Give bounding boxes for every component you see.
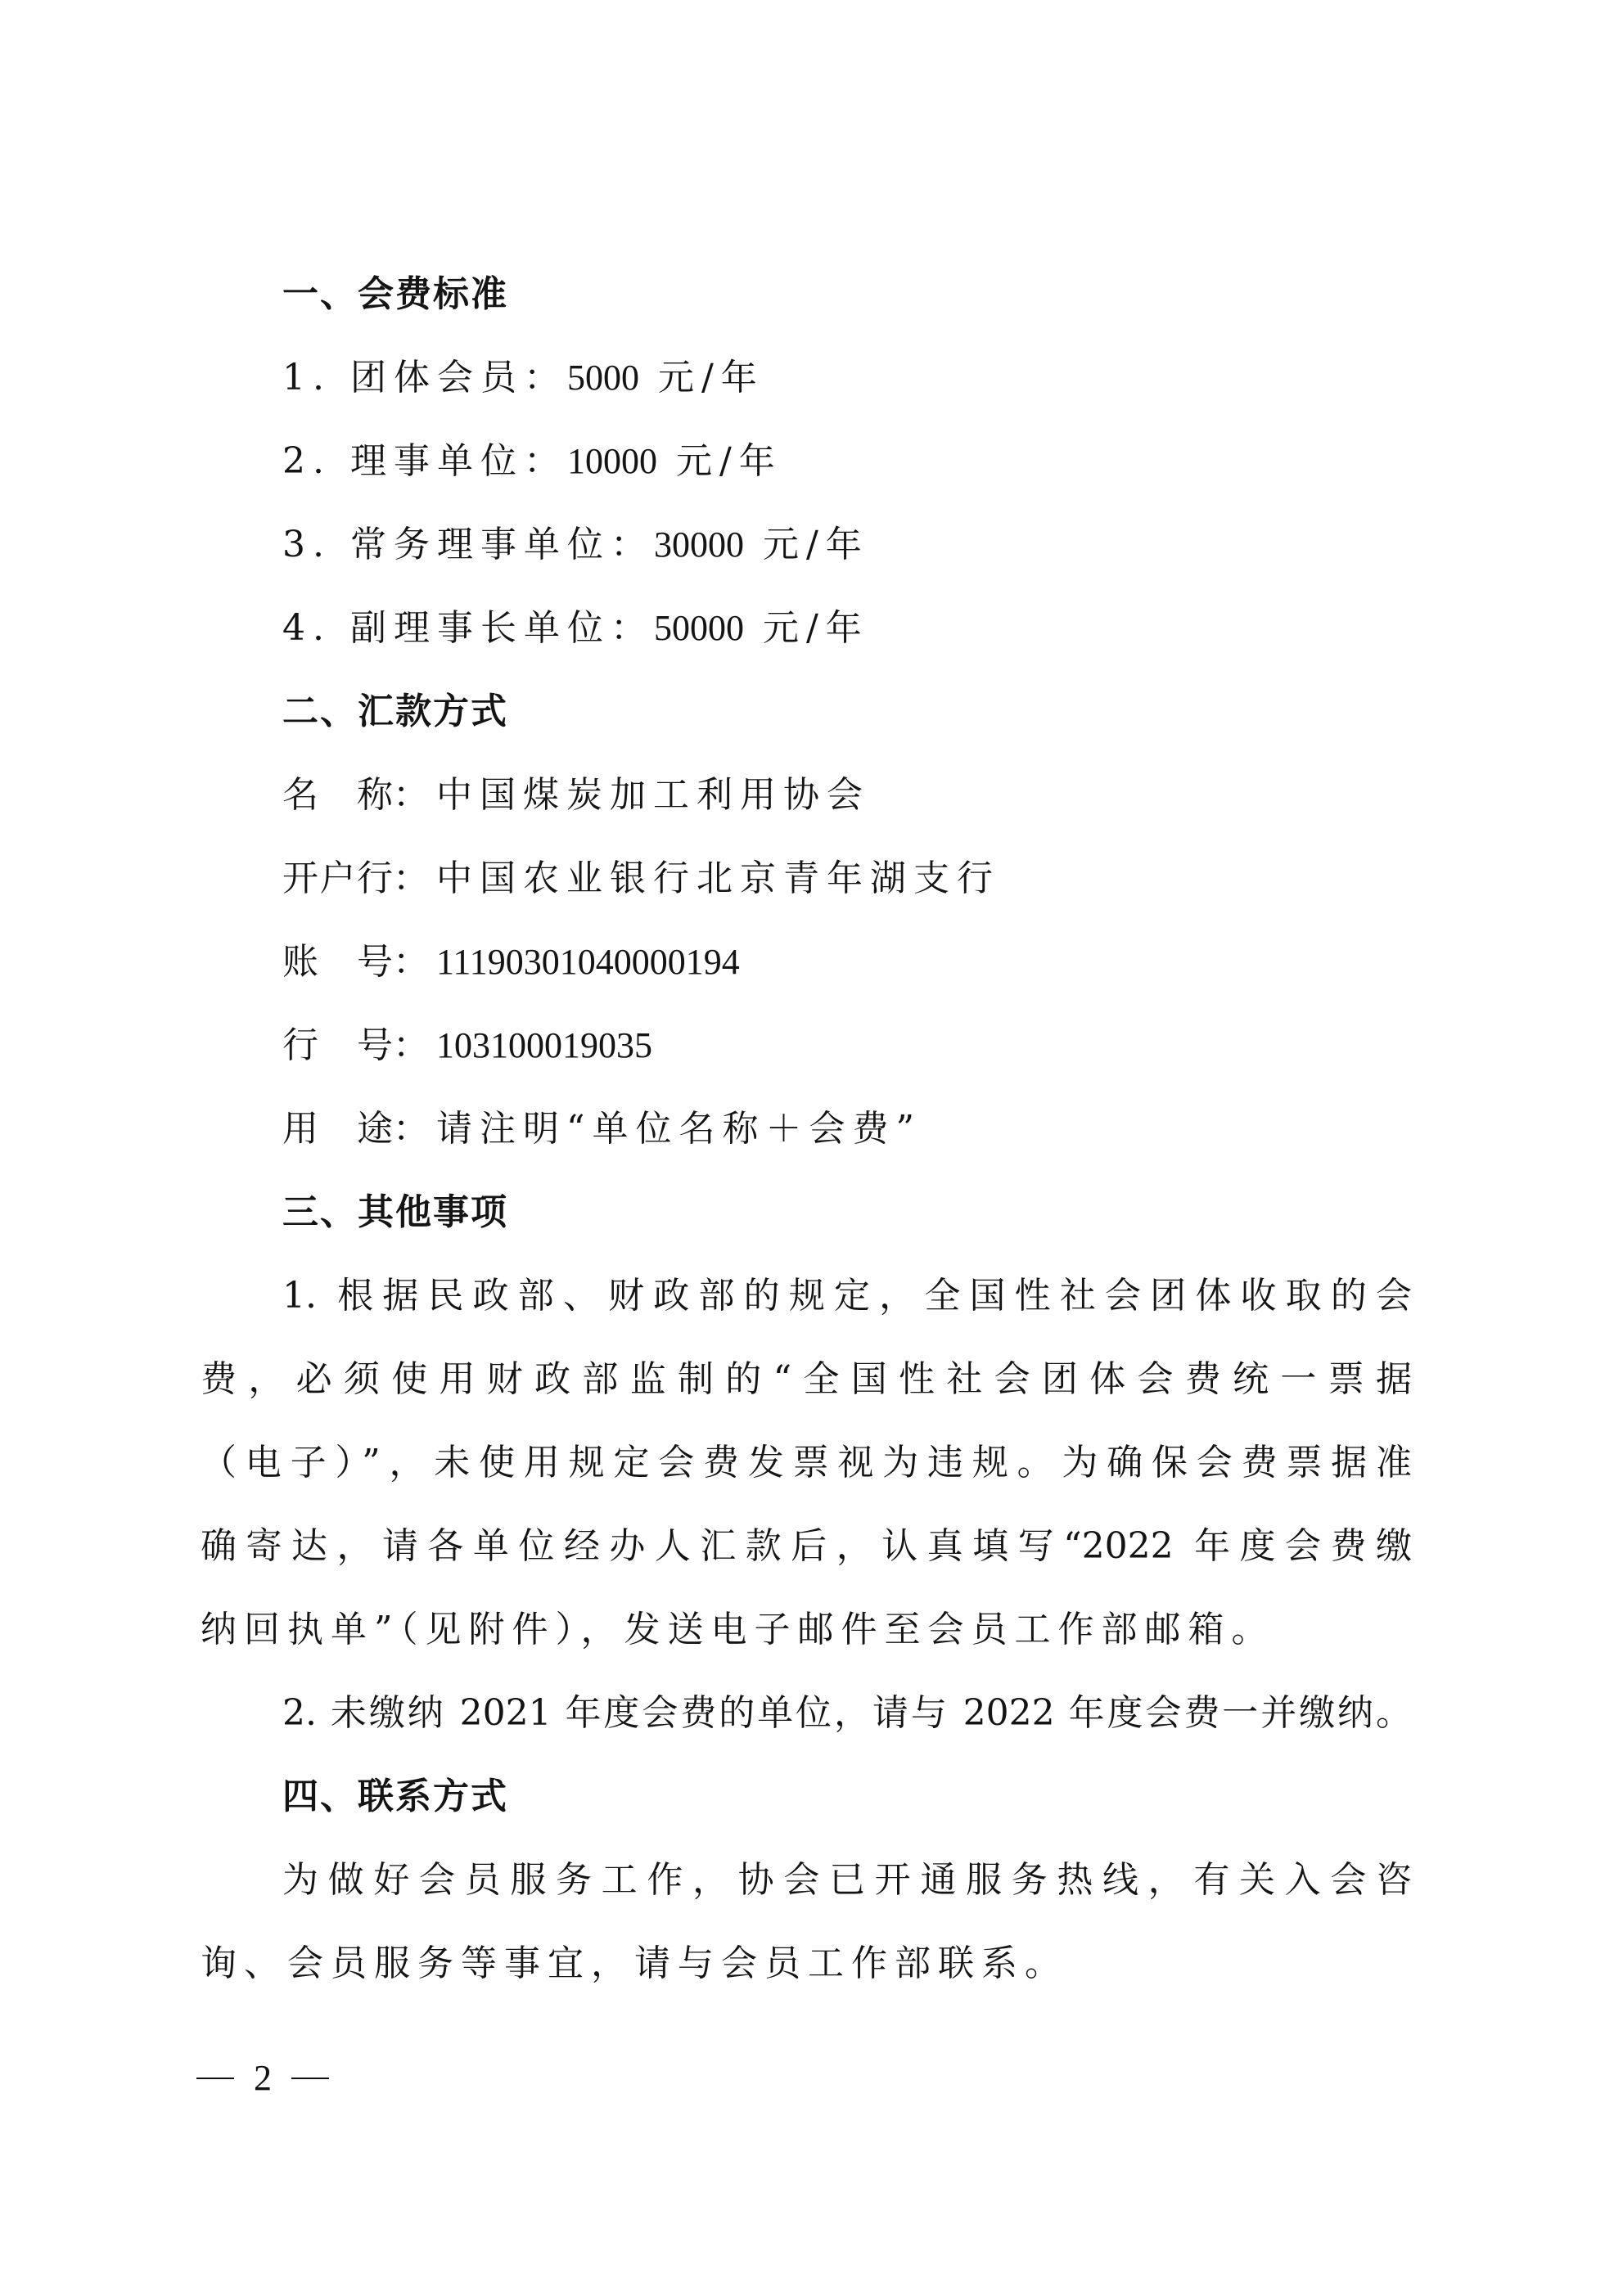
fee-item-amount: 5000: [567, 358, 639, 398]
field-label: 行号: [282, 1013, 393, 1078]
colon: ：: [393, 858, 436, 899]
paragraph-line: 询、会员服务等事宜，请与会员工作部联系。: [201, 1931, 1412, 1997]
colon: ：: [393, 1108, 436, 1150]
fee-item-label: 1. 团体会员：: [282, 357, 567, 398]
field-value: 11190301040000194: [436, 942, 740, 982]
document-page: 一、会费标准 1. 团体会员：5000 元/年 2. 理事单位：10000 元/…: [0, 0, 1623, 2296]
paragraph-line: （电子）”，未使用规定会费发票视为违规。为确保会费票据准: [201, 1430, 1412, 1496]
fee-item-label: 4. 副理事长单位：: [282, 607, 654, 649]
fee-item-amount: 50000: [654, 608, 744, 648]
fee-item-unit: 元/年: [657, 440, 782, 482]
paragraph-line: 纳回执单”（见附件），发送电子邮件至会员工作部邮箱。: [201, 1597, 1412, 1663]
fee-item-director: 2. 理事单位：10000 元/年: [282, 429, 1412, 494]
field-label: 用途: [282, 1096, 393, 1162]
remit-field-bank-code: 行号：103100019035: [282, 1013, 1412, 1078]
paragraph-line: 为做好会员服务工作，协会已开通服务热线，有关入会咨: [282, 1848, 1412, 1913]
fee-item-amount: 10000: [567, 441, 657, 481]
paragraph-line: 费，必须使用财政部监制的“全国性社会团体会费统一票据: [201, 1347, 1412, 1412]
fee-item-unit: 元/年: [744, 524, 869, 565]
page-number-footer: 2: [196, 2054, 329, 2103]
paragraph-unpaid-fees: 2. 未缴纳 2021 年度会费的单位，请与 2022 年度会费一并缴纳。: [282, 1681, 1412, 1746]
colon: ：: [393, 1024, 436, 1066]
heading-contact: 四、联系方式: [282, 1764, 1412, 1830]
remit-field-account: 账号：11190301040000194: [282, 930, 1412, 995]
heading-other-matters: 三、其他事项: [282, 1180, 1412, 1245]
remit-field-name: 名称：中国煤炭加工利用协会: [282, 763, 1412, 828]
fee-item-unit: 元/年: [744, 607, 869, 649]
remit-field-bank: 开户行：中国农业银行北京青年湖支行: [282, 846, 1412, 912]
fee-item-amount: 30000: [654, 524, 744, 565]
colon: ：: [393, 941, 436, 983]
field-value: 中国煤炭加工利用协会: [436, 774, 870, 816]
dash-decoration: [196, 2078, 234, 2079]
fee-item-group-member: 1. 团体会员：5000 元/年: [282, 345, 1412, 411]
dash-decoration: [291, 2078, 329, 2079]
fee-item-label: 3. 常务理事单位：: [282, 524, 654, 565]
field-label: 账号: [282, 930, 393, 995]
heading-fee-standard: 一、会费标准: [282, 262, 1412, 327]
page-number: 2: [254, 2054, 272, 2103]
field-value: 请注明“单位名称＋会费”: [436, 1108, 922, 1150]
paragraph-line: 1. 根据民政部、财政部的规定，全国性社会团体收取的会: [282, 1263, 1412, 1329]
fee-item-unit: 元/年: [639, 357, 764, 398]
heading-remittance: 二、汇款方式: [282, 679, 1412, 745]
field-value: 中国农业银行北京青年湖支行: [436, 858, 1000, 899]
remit-field-purpose: 用途：请注明“单位名称＋会费”: [282, 1096, 1412, 1162]
field-label: 开户行: [282, 846, 393, 912]
fee-item-executive-director: 3. 常务理事单位：30000 元/年: [282, 512, 1412, 578]
paragraph-line: 确寄达，请各单位经办人汇款后，认真填写“2022 年度会费缴: [201, 1514, 1412, 1579]
field-value: 103100019035: [436, 1025, 652, 1065]
field-label: 名称: [282, 763, 393, 828]
fee-item-vice-chairman: 4. 副理事长单位：50000 元/年: [282, 596, 1412, 661]
fee-item-label: 2. 理事单位：: [282, 440, 567, 482]
colon: ：: [393, 774, 436, 816]
